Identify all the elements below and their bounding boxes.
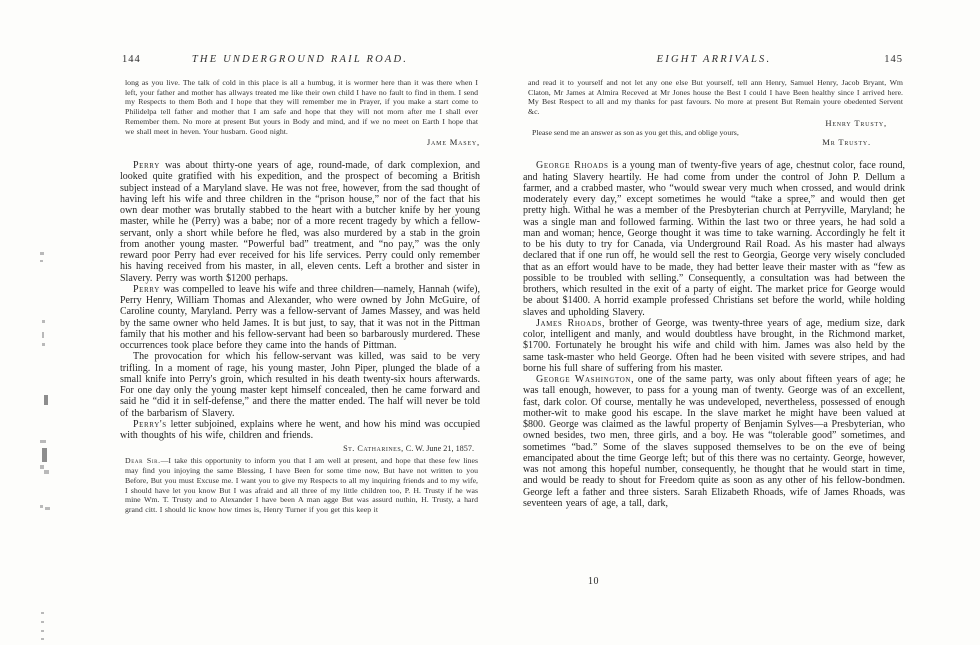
scan-artifact bbox=[41, 621, 44, 623]
scan-artifact bbox=[41, 630, 44, 632]
scan-artifact bbox=[41, 638, 44, 640]
paragraph-text: was compelled to leave his wife and thre… bbox=[120, 284, 480, 351]
paragraph-text: , one of the same party, was only about … bbox=[523, 374, 905, 509]
scan-artifact bbox=[40, 440, 46, 443]
scan-artifact bbox=[42, 343, 45, 346]
left-running-title: THE UNDERGROUND RAIL ROAD. bbox=[120, 54, 480, 65]
letter-text: —I take this opportunity to inform you t… bbox=[125, 456, 478, 514]
scan-artifact bbox=[40, 252, 44, 255]
scan-artifact bbox=[45, 507, 50, 510]
paragraph-text: is a young man of twenty-five years of a… bbox=[523, 160, 905, 317]
dateline-date: C. W. June 21, 1857. bbox=[404, 444, 474, 453]
letter-salutation: Dear Sir. bbox=[125, 456, 161, 465]
scan-artifact bbox=[41, 612, 44, 614]
scan-artifact bbox=[42, 332, 44, 338]
page-right: EIGHT ARRIVALS. 145 and read it to yours… bbox=[523, 54, 905, 509]
trusty-letter-body: Dear Sir.—I take this opportunity to inf… bbox=[125, 456, 478, 514]
left-page-header: 144 THE UNDERGROUND RAIL ROAD. bbox=[120, 54, 480, 68]
henry-trusty-signature: Henry Trusty, bbox=[523, 118, 905, 128]
scan-artifact bbox=[40, 465, 44, 469]
scan-artifact bbox=[44, 395, 48, 405]
massey-letter-continuation: long as you live. The talk of cold in th… bbox=[125, 78, 478, 136]
paragraph-text: letter subjoined, explains where he went… bbox=[120, 419, 480, 441]
trusty-letter-continuation: and read it to yourself and not let any … bbox=[528, 78, 903, 117]
scan-artifact bbox=[40, 260, 43, 262]
letter-postscript: Please send me an answer as son as you g… bbox=[532, 128, 905, 138]
paragraph-george-rhoads: George Rhoads is a young man of twenty-f… bbox=[523, 160, 905, 318]
right-page-number: 145 bbox=[884, 54, 903, 65]
paragraph-james-rhoads: James Rhoads, brother of George, was twe… bbox=[523, 318, 905, 374]
paragraph-provocation: The provocation for which his fellow-ser… bbox=[120, 351, 480, 419]
paragraph-lead: Perry bbox=[133, 160, 160, 171]
printers-signature-mark: 10 bbox=[588, 576, 599, 587]
paragraph-text: The provocation for which his fellow-ser… bbox=[120, 351, 480, 418]
paragraph-perry-description: Perry was about thirty-one years of age,… bbox=[120, 160, 480, 284]
page-left: 144 THE UNDERGROUND RAIL ROAD. long as y… bbox=[120, 54, 480, 515]
letter-dateline: St. Catharines, C. W. June 21, 1857. bbox=[120, 444, 474, 454]
paragraph-lead: George Washington bbox=[536, 374, 631, 385]
paragraph-lead: Perry bbox=[133, 284, 160, 295]
mr-trusty-signature: Mr Trusty. bbox=[523, 137, 905, 147]
scan-artifact bbox=[42, 320, 45, 323]
scan-artifact bbox=[40, 505, 43, 508]
scan-artifact bbox=[44, 470, 49, 474]
right-page-header: EIGHT ARRIVALS. 145 bbox=[523, 54, 905, 68]
paragraph-perry-family: Perry was compelled to leave his wife an… bbox=[120, 284, 480, 352]
paragraph-perry-letter-intro: Perry's letter subjoined, explains where… bbox=[120, 419, 480, 442]
right-running-title: EIGHT ARRIVALS. bbox=[523, 54, 905, 65]
paragraph-george-washington: George Washington, one of the same party… bbox=[523, 374, 905, 509]
paragraph-lead: James Rhoads bbox=[536, 318, 602, 329]
paragraph-text: was about thirty-one years of age, round… bbox=[120, 160, 480, 284]
paragraph-lead: Perry's bbox=[133, 419, 167, 430]
paragraph-lead: George Rhoads bbox=[536, 160, 609, 171]
massey-letter-signature: Jame Masey, bbox=[120, 137, 480, 147]
dateline-place: St. Catharines, bbox=[343, 444, 404, 453]
scan-artifact bbox=[42, 448, 47, 462]
